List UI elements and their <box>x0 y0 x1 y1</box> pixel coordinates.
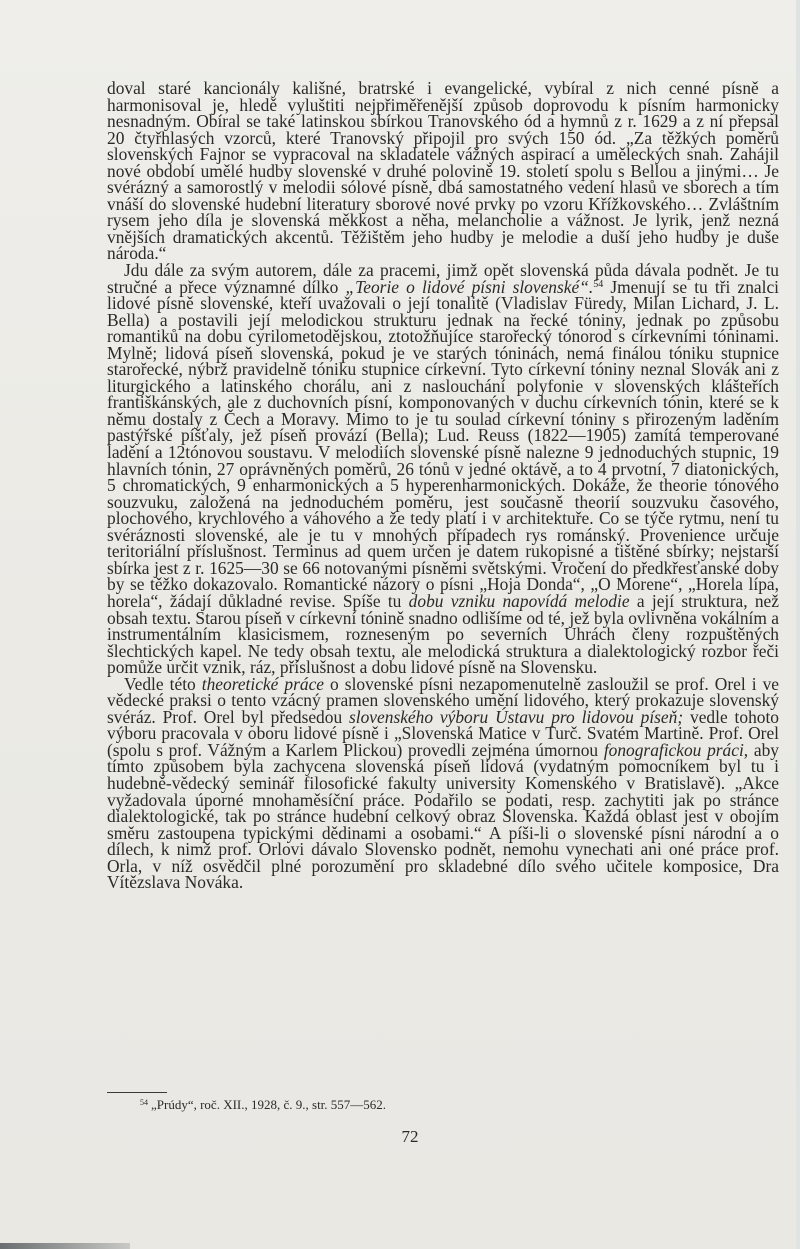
footnote-ref[interactable]: 54 <box>593 279 603 290</box>
paragraph-1: doval staré kancionály kališné, bratrské… <box>107 80 779 262</box>
text-run: aby tímto způsobem byla zachycena sloven… <box>107 740 779 892</box>
body-text: doval staré kancionály kališné, bratrské… <box>107 80 779 891</box>
text-run: Jmenují se tu tři znalci lidové písně sl… <box>107 277 779 611</box>
page-number: 72 <box>0 1127 800 1147</box>
scan-shadow <box>0 1243 130 1249</box>
paragraph-3: Vedle této theoretické práce o slovenské… <box>107 676 779 891</box>
paragraph-2: Jdu dále za svým autorem, dále za pracem… <box>107 262 779 676</box>
footnote-number: 54 <box>140 1098 148 1107</box>
text-run: doval staré kancionály kališné, bratrské… <box>107 78 779 263</box>
footnote-text: „Prúdy“, roč. XII., 1928, č. 9., str. 55… <box>151 1097 386 1112</box>
footnote-divider <box>107 1092 167 1093</box>
page-edge <box>796 0 800 1249</box>
footnote-54: 54„Prúdy“, roč. XII., 1928, č. 9., str. … <box>140 1097 386 1113</box>
book-page: doval staré kancionály kališné, bratrské… <box>0 0 800 1249</box>
